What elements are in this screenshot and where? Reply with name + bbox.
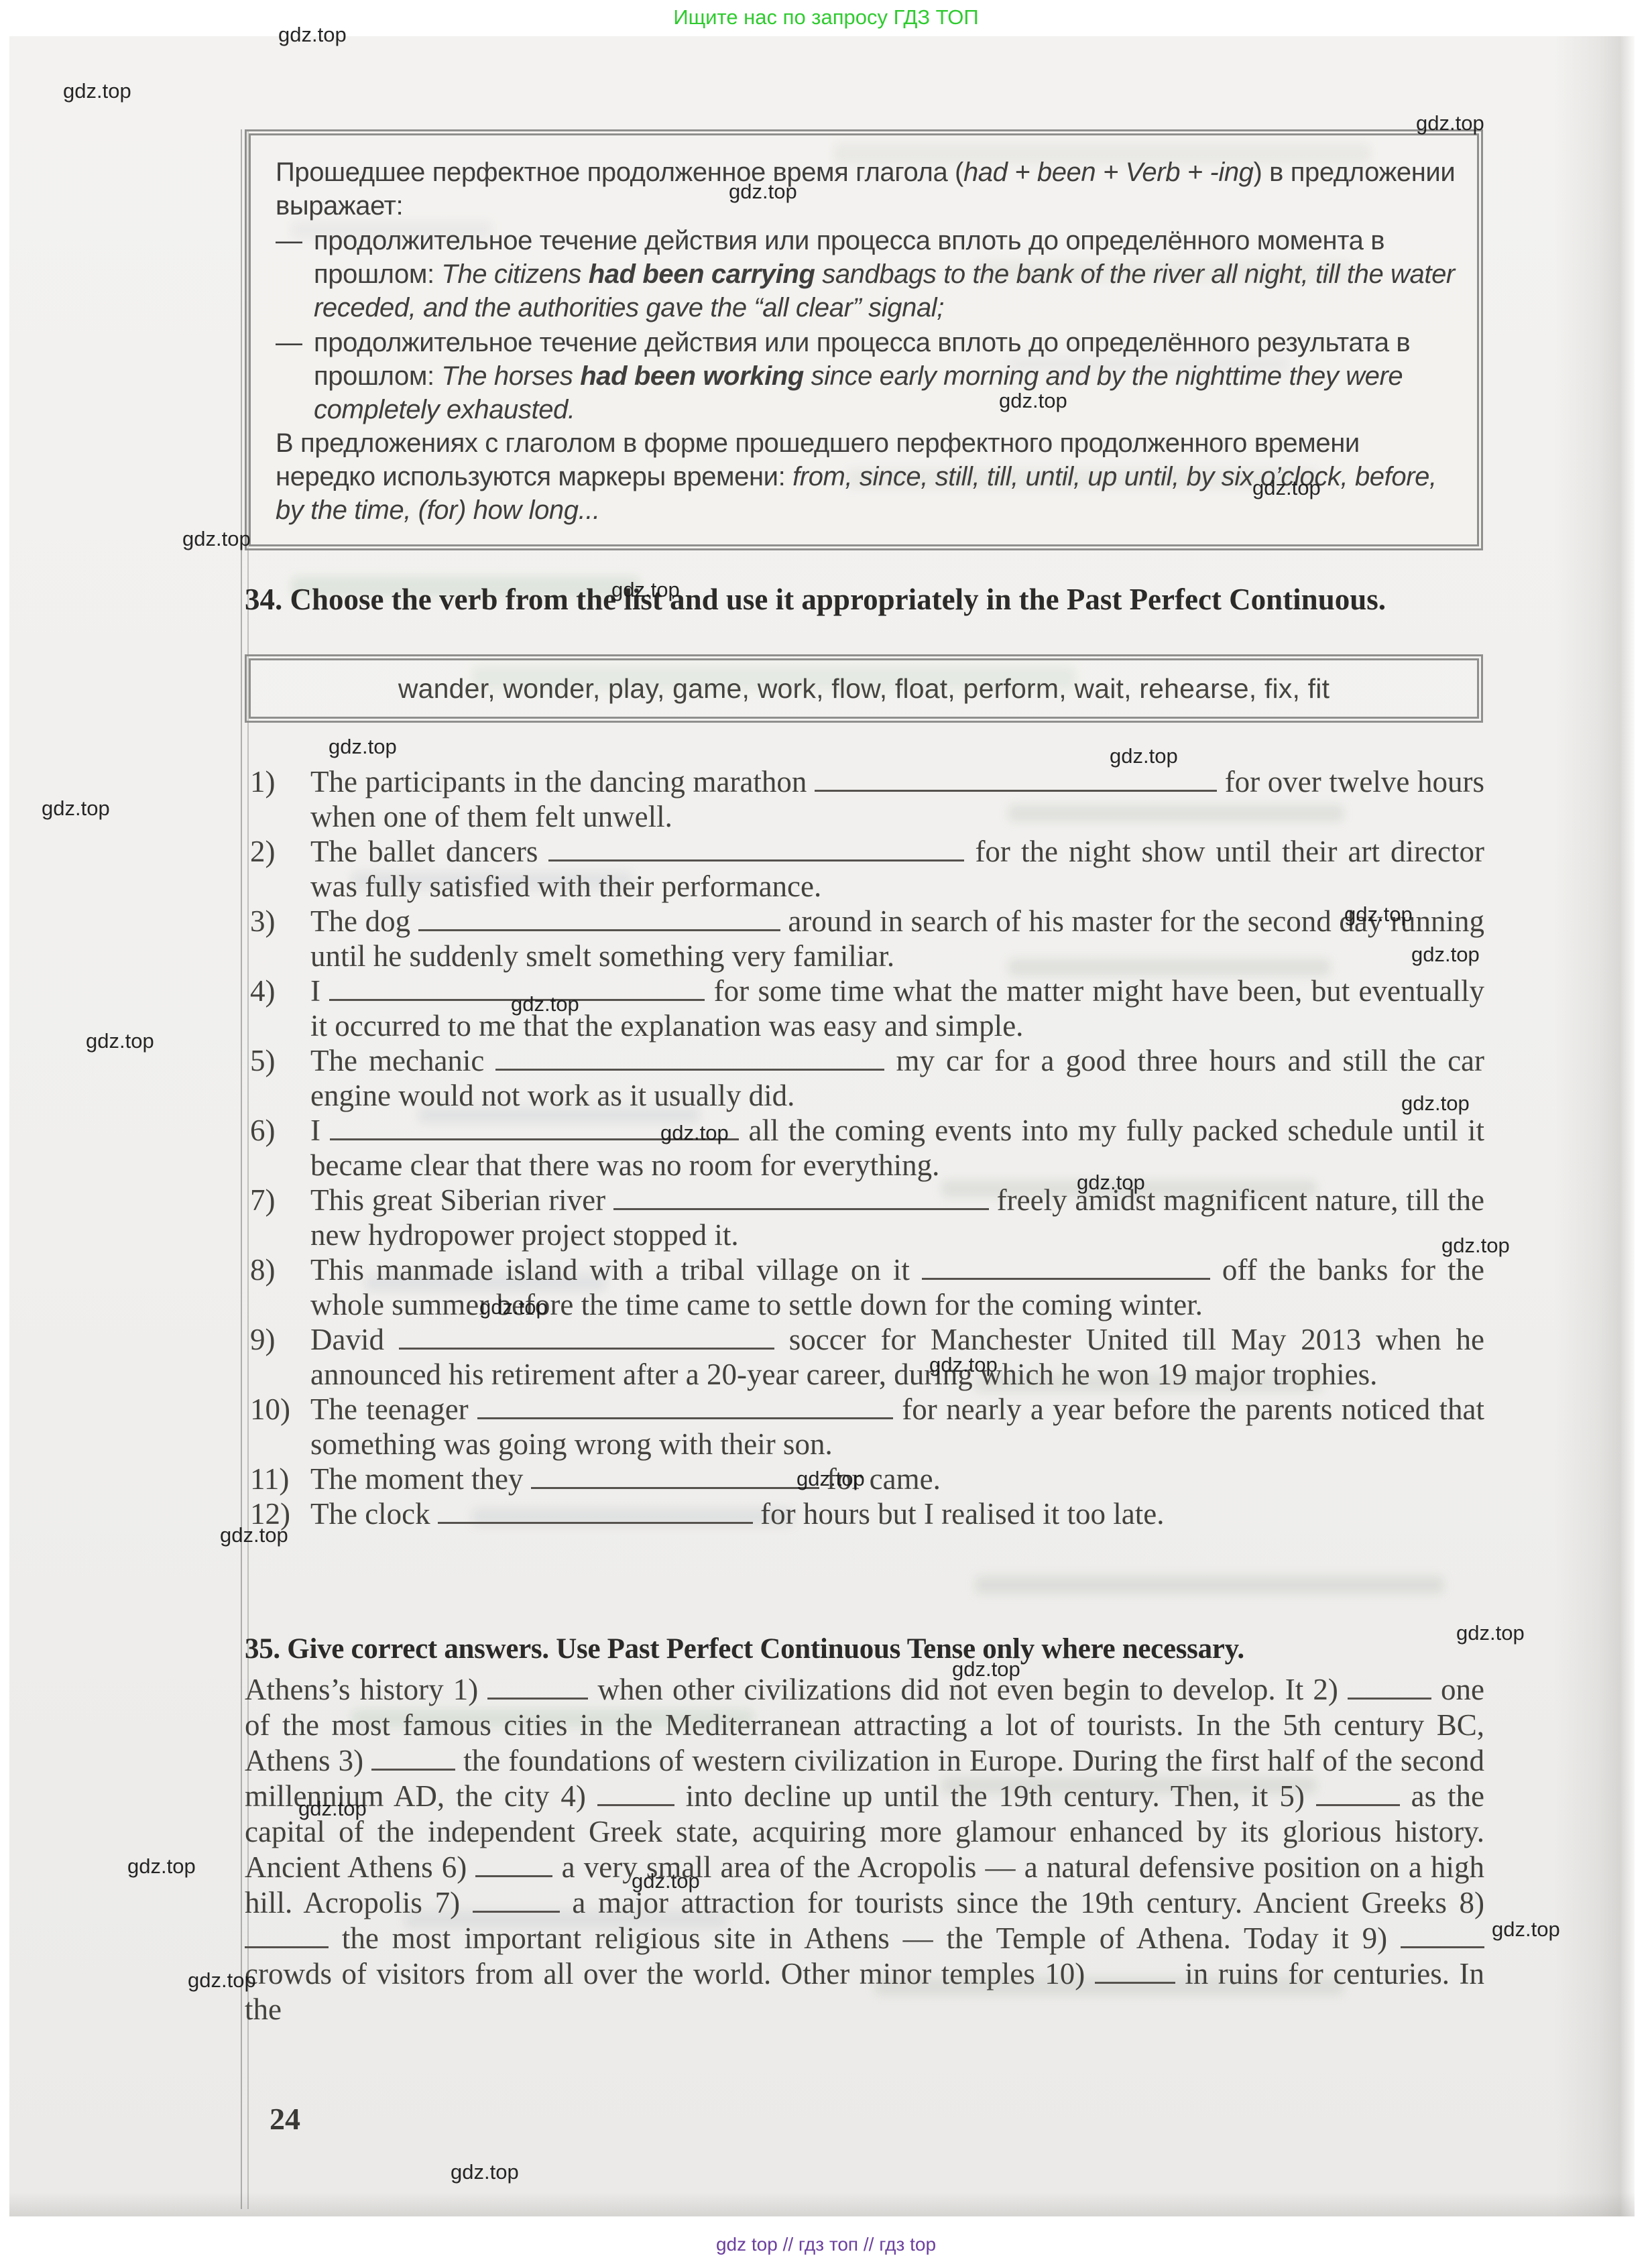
- gdz-watermark: gdz.top: [188, 1968, 256, 1993]
- item-number: 11): [250, 1462, 289, 1496]
- blank-number: 4): [560, 1779, 597, 1813]
- book-page-scan: Прошедшее перфектное продолженное время …: [9, 36, 1635, 2216]
- blank-number: 9): [1362, 1921, 1401, 1955]
- gdz-watermark: gdz.top: [278, 23, 347, 47]
- top-banner: Ищите нас по запросу ГДЗ ТОП: [0, 5, 1652, 29]
- fill-in-blank: [495, 1065, 884, 1071]
- fill-in-blank: [922, 1274, 1210, 1280]
- gdz-watermark: gdz.top: [1401, 1091, 1470, 1116]
- gdz-watermark: gdz.top: [63, 79, 131, 103]
- exercise-34-items: 1)The participants in the dancing marath…: [245, 764, 1484, 1531]
- fill-in-blank: [245, 1942, 329, 1948]
- exercise-34-item: 3)The dog around in search of his master…: [245, 904, 1484, 973]
- theory-bullet-text: продолжительное течение действия или про…: [314, 226, 1455, 322]
- item-number: 1): [250, 764, 276, 799]
- blank-number: 10): [1045, 1957, 1095, 1990]
- fill-in-blank: [473, 1907, 560, 1913]
- exercise-34-item: 2)The ballet dancers for the night show …: [245, 834, 1484, 904]
- theory-text-segment: The horses: [441, 361, 580, 391]
- fill-in-blank: [399, 1344, 774, 1350]
- exercise-34-item: 6)I all the coming events into my fully …: [245, 1113, 1484, 1183]
- exercise-34-item: 1)The participants in the dancing marath…: [245, 764, 1484, 834]
- page-edge-shade: [1554, 36, 1635, 2216]
- gdz-watermark: gdz.top: [329, 735, 397, 759]
- gdz-watermark: gdz.top: [182, 527, 251, 551]
- gdz-watermark: gdz.top: [42, 796, 110, 821]
- gdz-watermark: gdz.top: [952, 1657, 1020, 1681]
- bullet-dash: —: [276, 326, 302, 359]
- gdz-watermark: gdz.top: [1492, 1917, 1560, 1942]
- item-number: 10): [250, 1392, 290, 1427]
- fill-in-blank: [438, 1518, 753, 1524]
- exercise-35-paragraph: Athens’s history 1) when other civilizat…: [245, 1672, 1484, 2027]
- fill-in-blank: [477, 1413, 893, 1419]
- page-bottom-shade: [9, 2192, 1635, 2216]
- gdz-watermark: gdz.top: [1344, 902, 1413, 927]
- theory-text-segment: Прошедшее перфектное продолженное время …: [276, 158, 963, 187]
- gdz-watermark: gdz.top: [1110, 744, 1178, 768]
- gdz-watermark: gdz.top: [1077, 1171, 1145, 1195]
- gdz-watermark: gdz.top: [929, 1353, 998, 1377]
- fill-in-blank: [613, 1204, 989, 1210]
- theory-text-segment: had been carrying: [589, 259, 815, 289]
- bullet-dash: —: [276, 224, 302, 257]
- fill-in-blank: [531, 1483, 819, 1489]
- fill-in-blank: [1095, 1978, 1175, 1984]
- theory-intro-text: Прошедшее перфектное продолженное время …: [276, 156, 1456, 223]
- word-bank: wander, wonder, play, game, work, flow, …: [398, 673, 1330, 705]
- item-number: 2): [250, 834, 276, 869]
- gdz-watermark: gdz.top: [220, 1523, 288, 1547]
- gdz-watermark: gdz.top: [611, 578, 680, 602]
- blank-number: 5): [1279, 1779, 1315, 1813]
- gdz-watermark: gdz.top: [1441, 1234, 1510, 1258]
- gdz-watermark: gdz.top: [511, 992, 579, 1016]
- gdz-watermark: gdz.top: [1252, 476, 1321, 500]
- theory-bullet: —продолжительное течение действия или пр…: [276, 326, 1456, 426]
- gdz-watermark: gdz.top: [86, 1029, 154, 1053]
- item-number: 6): [250, 1113, 276, 1148]
- gdz-watermark: gdz.top: [729, 180, 797, 204]
- exercise-34-item: 9)David soccer for Manchester United til…: [245, 1322, 1484, 1392]
- blank-number: 2): [1313, 1673, 1348, 1706]
- fill-in-blank: [1401, 1942, 1484, 1948]
- blank-number: 1): [453, 1673, 488, 1706]
- gdz-watermark: gdz.top: [660, 1121, 729, 1145]
- item-number: 4): [250, 973, 276, 1008]
- blank-number: 8): [1460, 1886, 1485, 1919]
- exercise-34-item: 7)This great Siberian river freely amids…: [245, 1183, 1484, 1252]
- gdz-watermark: gdz.top: [632, 1869, 700, 1893]
- fill-in-blank: [1316, 1800, 1400, 1806]
- gdz-watermark: gdz.top: [999, 389, 1067, 413]
- exercise-34-title: 34. Choose the verb from the list and us…: [245, 581, 1476, 618]
- gdz-watermark: gdz.top: [479, 1295, 548, 1319]
- gdz-watermark: gdz.top: [796, 1467, 865, 1491]
- exercise-34-item: 12)The clock for hours but I realised it…: [245, 1496, 1484, 1531]
- item-number: 8): [250, 1252, 276, 1287]
- exercise-34-item: 4)I for some time what the matter might …: [245, 973, 1484, 1043]
- blank-number: 3): [339, 1744, 372, 1777]
- fill-in-blank: [371, 1765, 455, 1771]
- word-bank-box: wander, wonder, play, game, work, flow, …: [245, 654, 1483, 723]
- exercise-34-item: 10)The teenager for nearly a year before…: [245, 1392, 1484, 1462]
- fill-in-blank: [475, 1871, 552, 1877]
- fill-in-blank: [487, 1693, 588, 1700]
- theory-text-segment: The citizens: [441, 259, 588, 289]
- exercise-35-title: 35. Give correct answers. Use Past Perfe…: [245, 1630, 1476, 1668]
- gdz-watermark: gdz.top: [298, 1797, 367, 1821]
- fill-in-blank: [597, 1800, 674, 1806]
- fill-in-blank: [418, 925, 780, 931]
- exercise-34-item: 5)The mechanic my car for a good three h…: [245, 1043, 1484, 1113]
- theory-bullet: —продолжительное течение действия или пр…: [276, 224, 1456, 324]
- fill-in-blank: [1348, 1693, 1431, 1700]
- blank-number: 6): [442, 1850, 476, 1884]
- exercise-34-item: 8)This manmade island with a tribal vill…: [245, 1252, 1484, 1322]
- gdz-watermark: gdz.top: [1416, 111, 1484, 135]
- item-number: 9): [250, 1322, 276, 1357]
- theory-bullet-text: продолжительное течение действия или про…: [314, 328, 1410, 424]
- item-number: 5): [250, 1043, 276, 1078]
- page-number: 24: [270, 2101, 300, 2137]
- theory-text-segment: had + been + Verb + -ing: [963, 158, 1254, 187]
- item-number: 3): [250, 904, 276, 939]
- bleed-through-ghost: [975, 1576, 1444, 1594]
- gdz-watermark: gdz.top: [1456, 1621, 1525, 1645]
- bottom-banner: gdz top // гдз топ // гдз top: [0, 2234, 1652, 2255]
- item-number: 7): [250, 1183, 276, 1217]
- blank-number: 7): [435, 1886, 473, 1919]
- gdz-watermark: gdz.top: [1411, 943, 1480, 967]
- fill-in-blank: [815, 786, 1217, 792]
- gdz-watermark: gdz.top: [451, 2160, 519, 2184]
- theory-text-segment: had been working: [580, 361, 804, 391]
- fill-in-blank: [548, 855, 964, 861]
- gdz-watermark: gdz.top: [127, 1854, 196, 1879]
